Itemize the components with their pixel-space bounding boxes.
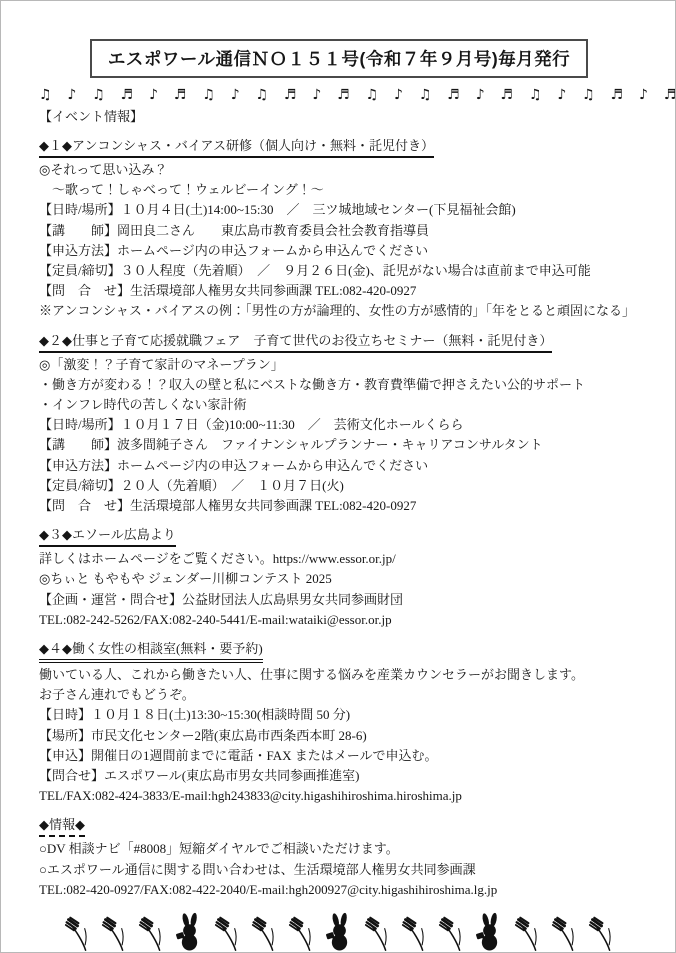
pampas-grass-icon <box>401 916 428 952</box>
rabbit-icon <box>325 912 354 952</box>
text-line: TEL/FAX:082-424-3833/E-mail:hgh243833@ci… <box>39 786 639 806</box>
newsletter-title-box: エスポワール通信ＮＯ１５１号(令和７年９月号)毎月発行 <box>90 39 588 78</box>
text-line: 働いている人、これから働きたい人、仕事に関する悩みを産業カウンセラーがお聞きしま… <box>39 665 639 685</box>
section-3-heading: ◆３◆エソール広島より <box>39 525 176 547</box>
text-line: 【問合せ】エスポワール(東広島市男女共同参画推進室) <box>39 766 639 786</box>
text-line: 〜歌って！しゃべって！ウェルビーイング！〜 <box>39 180 639 200</box>
pampas-grass-icon <box>588 916 615 952</box>
text-line: 【講 師】岡田良二さん 東広島市教育委員会社会教育指導員 <box>39 221 639 241</box>
pampas-grass-icon <box>288 916 315 952</box>
text-line: 【日時/場所】１０月１７日（金)10:00~11:30 ／ 芸術文化ホールくらら <box>39 415 639 435</box>
text-line: 【問 合 せ】生活環境部人権男女共同参画課 TEL:082-420-0927 <box>39 281 639 301</box>
text-line: 【日時】１０月１８日(土)13:30~15:30(相談時間 50 分) <box>39 705 639 725</box>
text-line: ◎それって思い込み？ <box>39 160 639 180</box>
pampas-grass-icon <box>64 916 91 952</box>
pampas-grass-icon <box>514 916 541 952</box>
newsletter-title: エスポワール通信ＮＯ１５１号(令和７年９月号)毎月発行 <box>108 49 570 69</box>
section-4: ◆４◆働く女性の相談室(無料・要予約)働いている人、これから働きたい人、仕事に関… <box>39 639 639 806</box>
text-line: 【定員/締切】２０人（先着順） ／ １０月７日(火) <box>39 476 639 496</box>
text-line: 詳しくはホームページをご覧ください。https://www.essor.or.j… <box>39 549 639 569</box>
section-1-heading: ◆１◆アンコンシャス・バイアス研修（個人向け・無料・託児付き） <box>39 136 434 158</box>
text-line: TEL:082-420-0927/FAX:082-422-2040/E-mail… <box>39 880 639 900</box>
section-2-heading: ◆２◆仕事と子育て応援就職フェア 子育て世代のお役立ちセミナー（無料・託児付き） <box>39 331 552 353</box>
pampas-grass-icon <box>551 916 578 952</box>
rabbit-icon <box>175 912 204 952</box>
rabbit-icon <box>475 912 504 952</box>
section-info: ◆情報◆○DV 相談ナビ「#8008」短縮ダイヤルでご相談いただけます。○エスポ… <box>39 815 639 900</box>
text-line: 【申込】開催日の1週間前までに電話・FAX またはメールで申込む。 <box>39 746 639 766</box>
sections: ◆１◆アンコンシャス・バイアス研修（個人向け・無料・託児付き）◎それって思い込み… <box>39 136 639 900</box>
text-line: お子さん連れでもどうぞ。 <box>39 685 639 705</box>
text-line: 【日時/場所】１０月４日(土)14:00~15:30 ／ 三ツ城地域センター(下… <box>39 200 639 220</box>
text-line: ・働き方が変わる！？収入の壁と私にベストな働き方・教育費準備で押さえたい公的サポ… <box>39 375 639 395</box>
section-2: ◆２◆仕事と子育て応援就職フェア 子育て世代のお役立ちセミナー（無料・託児付き）… <box>39 331 639 517</box>
pampas-grass-icon <box>364 916 391 952</box>
text-line: 【場所】市民文化センター2階(東広島市西条西本町 28-6) <box>39 726 639 746</box>
section-1: ◆１◆アンコンシャス・バイアス研修（個人向け・無料・託児付き）◎それって思い込み… <box>39 136 639 322</box>
text-line: 【講 師】波多間純子さん ファイナンシャルプランナー・キャリアコンサルタント <box>39 435 639 455</box>
pampas-grass-icon <box>251 916 278 952</box>
text-line: TEL:082-242-5262/FAX:082-240-5441/E-mail… <box>39 610 639 630</box>
text-line: ◎「激変！？子育て家計のマネープラン」 <box>39 355 639 375</box>
text-line: 【申込方法】ホームページ内の申込フォームから申込んでください <box>39 456 639 476</box>
section-info-heading: ◆情報◆ <box>39 815 85 837</box>
pampas-grass-icon <box>214 916 241 952</box>
text-line: 【定員/締切】３０人程度（先着順） ／ ９月２６日(金)、託児がない場合は直前ま… <box>39 261 639 281</box>
music-note-icons: ♫ ♪ ♫ ♬ ♪ ♬ ♫ ♪ ♫ ♬ ♪ ♬ ♫ ♪ ♫ ♬ ♪ ♬ ♫ ♪ … <box>39 87 676 103</box>
pampas-grass-icon <box>101 916 128 952</box>
text-line: 【企画・運営・問合せ】公益財団法人広島県男女共同参画財団 <box>39 590 639 610</box>
text-line: ○エスポワール通信に関する問い合わせは、生活環境部人権男女共同参画課 <box>39 860 639 880</box>
text-line: ◎ちぃと もやもや ジェンダー川柳コンテスト 2025 <box>39 569 639 589</box>
text-line: ・インフレ時代の苦しくない家計術 <box>39 395 639 415</box>
event-info-label: 【イベント情報】 <box>39 107 639 127</box>
text-line: 【申込方法】ホームページ内の申込フォームから申込んでください <box>39 241 639 261</box>
text-line: 【問 合 せ】生活環境部人権男女共同参画課 TEL:082-420-0927 <box>39 496 639 516</box>
music-notes-divider: ♫ ♪ ♫ ♬ ♪ ♬ ♫ ♪ ♫ ♬ ♪ ♬ ♫ ♪ ♫ ♬ ♪ ♬ ♫ ♪ … <box>39 87 639 103</box>
newsletter-page: エスポワール通信ＮＯ１５１号(令和７年９月号)毎月発行 ♫ ♪ ♫ ♬ ♪ ♬ … <box>0 0 676 953</box>
text-line: ※アンコンシャス・バイアスの例：「男性の方が論理的、女性の方が感情的」「年をとる… <box>39 301 639 321</box>
section-3: ◆３◆エソール広島より詳しくはホームページをご覧ください。https://www… <box>39 525 639 630</box>
text-line: ○DV 相談ナビ「#8008」短縮ダイヤルでご相談いただけます。 <box>39 839 639 859</box>
pampas-grass-icon <box>138 916 165 952</box>
pampas-grass-icon <box>438 916 465 952</box>
footer-decoration <box>39 912 639 952</box>
section-4-heading: ◆４◆働く女性の相談室(無料・要予約) <box>39 639 263 663</box>
